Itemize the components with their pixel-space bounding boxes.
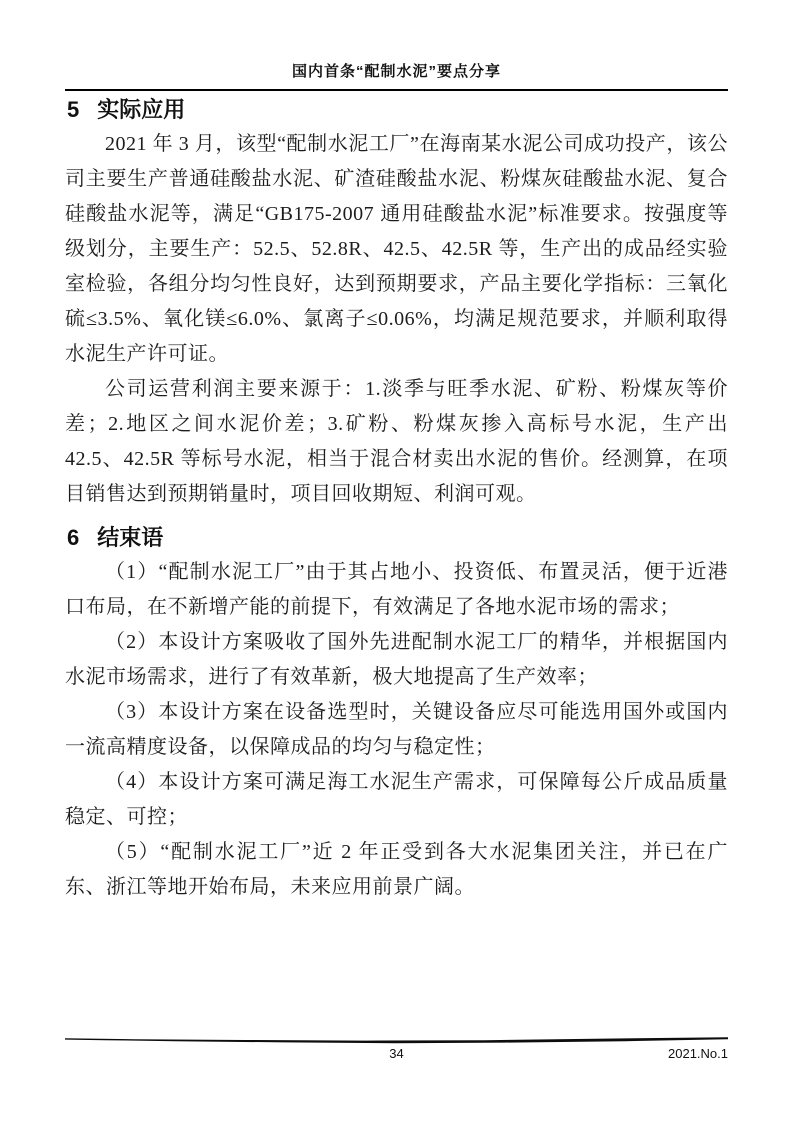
footer-page-number: 34 (65, 1045, 728, 1063)
paragraph-conclusion-4: （4）本设计方案可满足海工水泥生产需求，可保障每公斤成品质量稳定、可控； (65, 765, 728, 835)
footer-issue-label: 2021.No.1 (668, 1045, 728, 1063)
page-footer: 34 2021.No.1 (65, 1035, 728, 1063)
footer-rule (65, 1035, 728, 1044)
paragraph-application-1: 2021 年 3 月，该型“配制水泥工厂”在海南某水泥公司成功投产，该公司主要生… (65, 127, 728, 372)
footer-row: 34 2021.No.1 (65, 1045, 728, 1063)
running-header-title: 国内首条“配制水泥”要点分享 (65, 62, 728, 82)
paragraph-conclusion-3: （3）本设计方案在设备选型时，关键设备应尽可能选用国外或国内一流高精度设备，以保… (65, 695, 728, 765)
paragraph-application-2: 公司运营利润主要来源于：1.淡季与旺季水泥、矿粉、粉煤灰等价差；2.地区之间水泥… (65, 372, 728, 512)
section-number: 6 (67, 524, 79, 552)
section-heading-6: 6结束语 (67, 524, 728, 552)
paragraph-conclusion-5: （5）“配制水泥工厂”近 2 年正受到各大水泥集团关注，并已在广东、浙江等地开始… (65, 835, 728, 905)
section-title: 实际应用 (97, 97, 185, 122)
paragraph-conclusion-2: （2）本设计方案吸收了国外先进配制水泥工厂的精华，并根据国内水泥市场需求，进行了… (65, 625, 728, 695)
section-heading-5: 5实际应用 (67, 96, 728, 124)
section-number: 5 (67, 96, 79, 124)
section-title: 结束语 (97, 525, 163, 550)
paragraph-conclusion-1: （1）“配制水泥工厂”由于其占地小、投资低、布置灵活，便于近港口布局，在不新增产… (65, 555, 728, 625)
header-rule (65, 89, 728, 91)
document-page: 国内首条“配制水泥”要点分享 5实际应用 2021 年 3 月，该型“配制水泥工… (0, 0, 793, 1122)
